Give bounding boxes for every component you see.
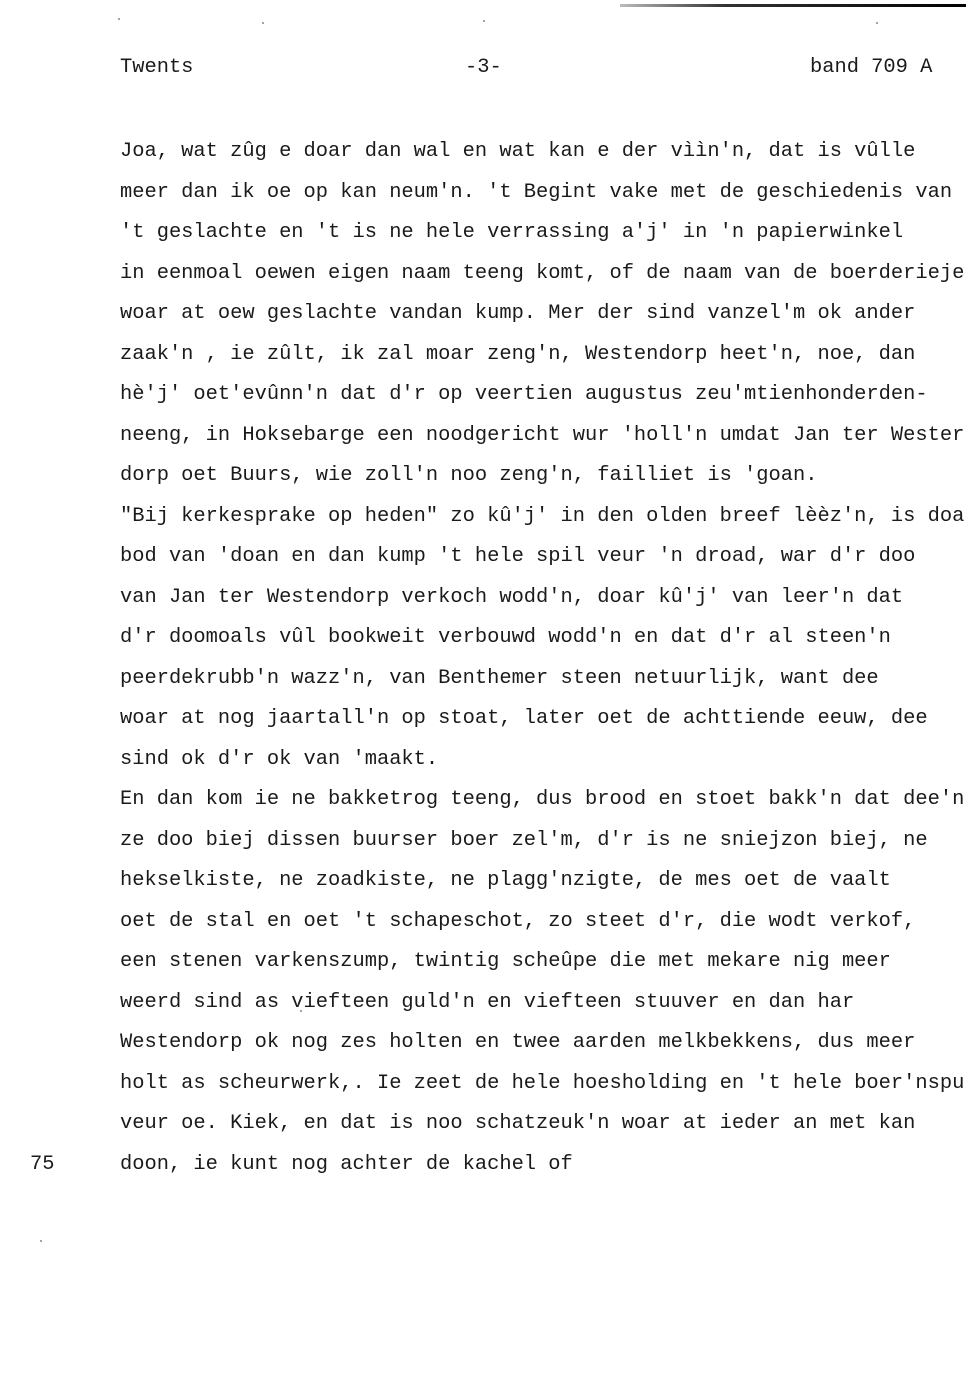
transcript-line: een stenen varkenszump, twintig scheûpe … [120,950,966,991]
transcript-line: zaak'n , ie zûlt, ik zal moar zeng'n, We… [120,343,966,384]
margin-line-number: 75 [30,1155,54,1175]
scan-speck [40,1240,42,1242]
header-dialect: Twents [120,58,193,78]
transcript-line: "Bij kerkesprake op heden" zo kû'j' in d… [120,505,966,546]
transcript-line: peerdekrubb'n wazz'n, van Benthemer stee… [120,667,966,708]
transcript-line: woar at nog jaartall'n op stoat, later o… [120,707,966,748]
transcript-line: in eenmoal oewen eigen naam teeng komt, … [120,262,966,303]
scan-speck [483,20,485,22]
transcript-line: ze doo biej dissen buurser boer zel'm, d… [120,829,966,870]
page-number: -3- [465,58,502,78]
transcript-line: doon, ie kunt nog achter de kachel of [120,1153,966,1194]
transcript-line: En dan kom ie ne bakketrog teeng, dus br… [120,788,966,829]
document-page: Twents -3- band 709 A Joa, wat zûg e doa… [0,0,966,1391]
scan-speck [118,18,120,20]
transcript-line: Joa, wat zûg e doar dan wal en wat kan e… [120,140,966,181]
transcript-line: neeng, in Hoksebarge een noodgericht wur… [120,424,966,465]
transcript-line: weerd sind as viefteen guld'n en vieftee… [120,991,966,1032]
scan-edge-line [620,4,966,7]
transcript-line: holt as scheurwerk,. Ie zeet de hele hoe… [120,1072,966,1113]
transcript-line: hekselkiste, ne zoadkiste, ne plagg'nzig… [120,869,966,910]
transcript-line: Westendorp ok nog zes holten en twee aar… [120,1031,966,1072]
transcript-line: veur oe. Kiek, en dat is noo schatzeuk'n… [120,1112,966,1153]
transcript-line: meer dan ik oe op kan neum'n. 't Begint … [120,181,966,222]
scan-speck [876,22,878,24]
transcript-line: dorp oet Buurs, wie zoll'n noo zeng'n, f… [120,464,966,505]
scan-speck [300,1010,302,1012]
transcript-line: bod van 'doan en dan kump 't hele spil v… [120,545,966,586]
header-tape-reference: band 709 A [810,58,932,78]
transcript-line: 't geslachte en 't is ne hele verrassing… [120,221,966,262]
transcript-body: Joa, wat zûg e doar dan wal en wat kan e… [120,140,966,1193]
transcript-line: sind ok d'r ok van 'maakt. [120,748,966,789]
transcript-line: d'r doomoals vûl bookweit verbouwd wodd'… [120,626,966,667]
scan-speck [262,22,264,24]
transcript-line: woar at oew geslachte vandan kump. Mer d… [120,302,966,343]
transcript-line: hè'j' oet'evûnn'n dat d'r op veertien au… [120,383,966,424]
transcript-line: oet de stal en oet 't schapeschot, zo st… [120,910,966,951]
transcript-line: van Jan ter Westendorp verkoch wodd'n, d… [120,586,966,627]
